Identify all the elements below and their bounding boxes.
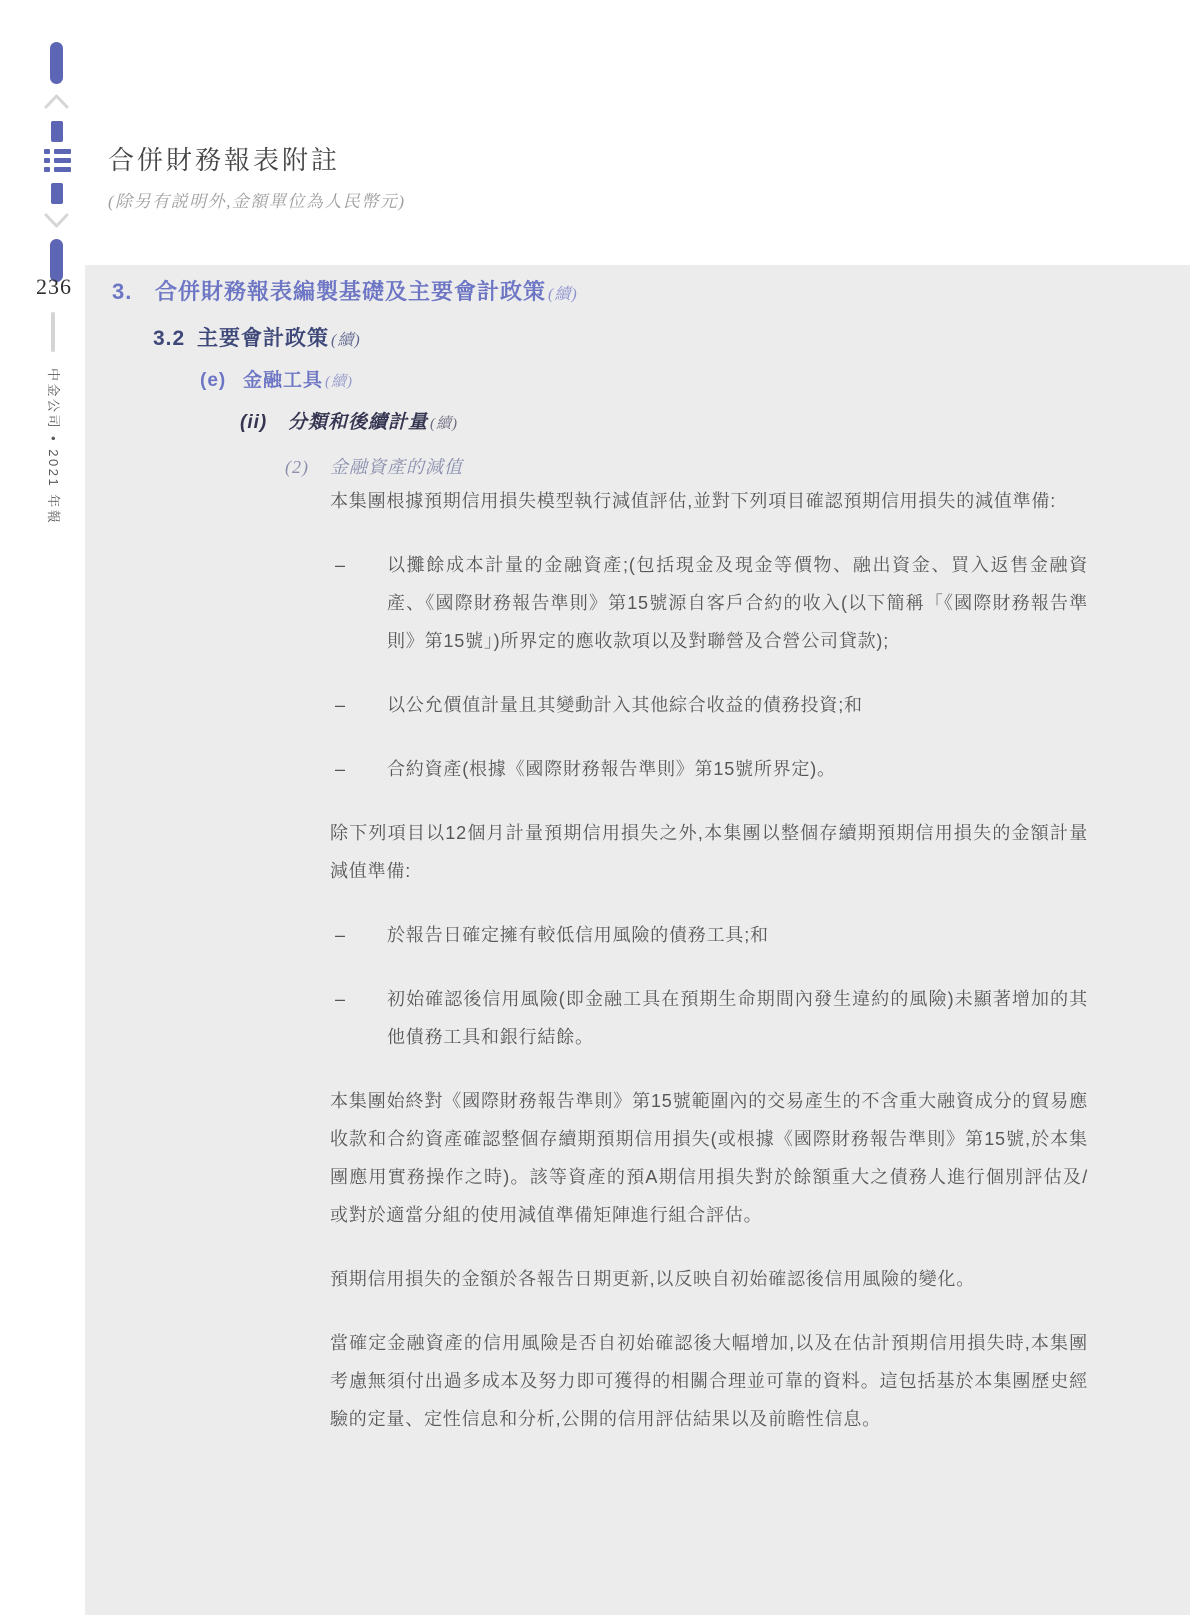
point-2-title: 金融資產的減值 <box>330 455 463 480</box>
point-e-heading: (e) 金融工具(續) <box>200 368 1190 395</box>
rail-accent-bar-top <box>50 42 63 84</box>
point-2-number: (2) <box>285 455 330 480</box>
section-title: 合併財務報表編製基礎及主要會計政策(續) <box>155 277 578 310</box>
bullet-dash: – <box>330 916 387 954</box>
page-number: 236 <box>24 274 84 300</box>
paragraph: 本集團根據預期信用損失模型執行減值評估,並對下列項目確認預期信用損失的減值準備: <box>330 482 1088 520</box>
paragraph: 預期信用損失的金額於各報告日期更新,以反映自初始確認後信用風險的變化。 <box>330 1260 1088 1298</box>
section-heading: 3. 合併財務報表編製基礎及主要會計政策(續) <box>112 277 1190 310</box>
list-item: –合約資產(根據《國際財務報告準則》第15號所界定)。 <box>330 750 1088 788</box>
spine-report-label: 中金公司 • 2021 年報 <box>45 368 64 525</box>
subsection-number: 3.2 <box>153 325 197 353</box>
content-panel: 3. 合併財務報表編製基礎及主要會計政策(續) 3.2 主要會計政策(續) (e… <box>85 265 1190 1615</box>
paragraph: 除下列項目以12個月計量預期信用損失之外,本集團以整個存續期預期信用損失的金額計… <box>330 814 1088 890</box>
page-number-tick <box>51 312 55 352</box>
section-number: 3. <box>112 277 155 307</box>
list-item: –初始確認後信用風險(即金融工具在預期生命期間內發生違約的風險)未顯著增加的其他… <box>330 980 1088 1056</box>
point-ii-number: (ii) <box>240 410 288 436</box>
chevron-up-icon[interactable] <box>44 92 69 110</box>
continued-marker: (續) <box>548 286 578 303</box>
bullet-dash: – <box>330 750 387 788</box>
list-item: –於報告日確定擁有較低信用風險的債務工具;和 <box>330 916 1088 954</box>
list-item-text: 初始確認後信用風險(即金融工具在預期生命期間內發生違約的風險)未顯著增加的其他債… <box>387 980 1088 1056</box>
bullet-dash: – <box>330 546 387 660</box>
continued-marker: (續) <box>325 374 353 390</box>
body-text-column: 本集團根據預期信用損失模型執行減值評估,並對下列項目確認預期信用損失的減值準備:… <box>330 482 1088 1438</box>
point-ii-heading: (ii) 分類和後續計量(續) <box>240 410 1190 437</box>
continued-marker: (續) <box>331 332 361 349</box>
list-item-text: 合約資產(根據《國際財務報告準則》第15號所界定)。 <box>387 750 1088 788</box>
point-ii-title: 分類和後續計量(續) <box>288 410 458 437</box>
continued-marker: (續) <box>430 416 458 432</box>
point-e-number: (e) <box>200 368 243 394</box>
document-header: 合併財務報表附註 (除另有説明外,金額單位為人民幣元) <box>108 140 406 212</box>
list-item-text: 以公允價值計量且其變動計入其他綜合收益的債務投資;和 <box>387 686 1088 724</box>
bullet-dash: – <box>330 980 387 1056</box>
rail-accent-block-lower <box>51 183 63 204</box>
paragraph: 當確定金融資產的信用風險是否自初始確認後大幅增加,以及在估計預期信用損失時,本集… <box>330 1324 1088 1438</box>
bullet-dash: – <box>330 686 387 724</box>
list-item-text: 以攤餘成本計量的金融資產;(包括現金及現金等價物、融出資金、買入返售金融資產、《… <box>387 546 1088 660</box>
page-title: 合併財務報表附註 <box>108 140 406 177</box>
subsection-heading: 3.2 主要會計政策(續) <box>153 325 1190 355</box>
list-item: –以公允價值計量且其變動計入其他綜合收益的債務投資;和 <box>330 686 1088 724</box>
subsection-title: 主要會計政策(續) <box>197 325 361 355</box>
paragraph: 本集團始終對《國際財務報告準則》第15號範圍內的交易產生的不含重大融資成分的貿易… <box>330 1082 1088 1234</box>
point-2-heading: (2) 金融資產的減值 <box>285 455 1190 480</box>
list-item: –以攤餘成本計量的金融資產;(包括現金及現金等價物、融出資金、買入返售金融資產、… <box>330 546 1088 660</box>
table-of-contents-icon[interactable] <box>44 149 71 175</box>
rail-accent-block-upper <box>51 121 63 142</box>
list-item-text: 於報告日確定擁有較低信用風險的債務工具;和 <box>387 916 1088 954</box>
point-e-title: 金融工具(續) <box>243 368 353 395</box>
page-subtitle: (除另有説明外,金額單位為人民幣元) <box>108 187 406 212</box>
chevron-down-icon[interactable] <box>44 212 69 230</box>
